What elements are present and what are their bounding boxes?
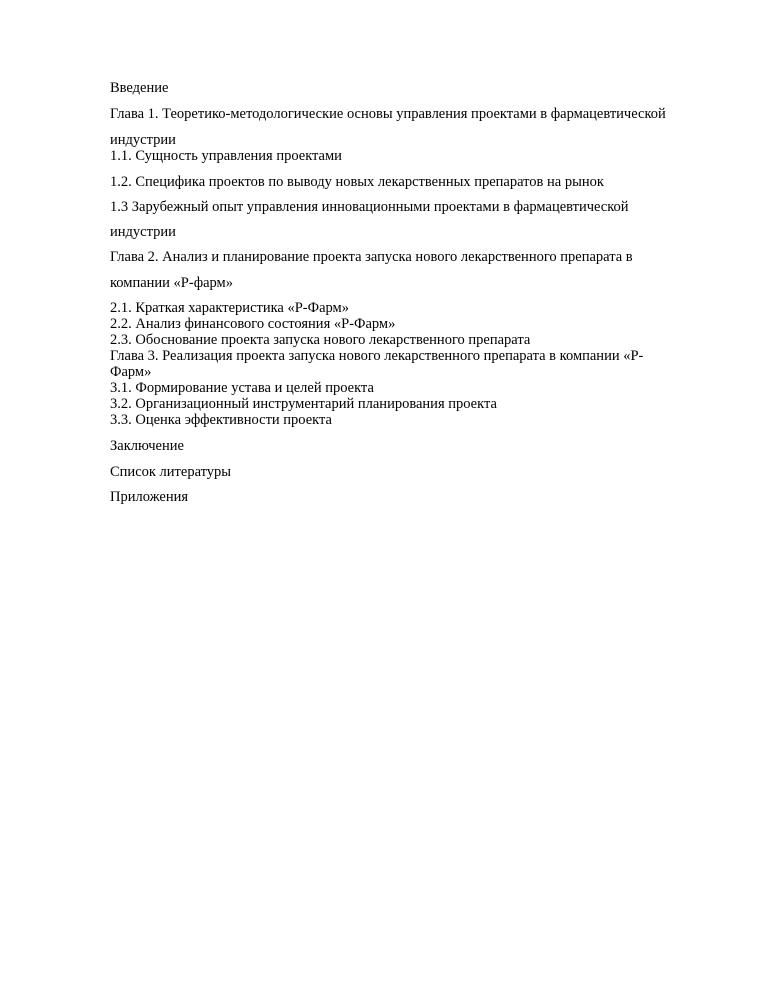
toc-references: Список литературы <box>110 464 231 480</box>
toc-section-2-2: 2.2. Анализ финансового состояния «Р-Фар… <box>110 316 395 332</box>
toc-conclusion: Заключение <box>110 438 184 454</box>
toc-section-1-3-line-2: индустрии <box>110 224 176 240</box>
toc-chapter-2-line-2: компании «Р-фарм» <box>110 275 233 291</box>
toc-introduction: Введение <box>110 80 168 96</box>
toc-section-2-1: 2.1. Краткая характеристика «Р-Фарм» <box>110 300 349 316</box>
toc-section-1-3-line-1: 1.3 Зарубежный опыт управления инновацио… <box>110 199 629 215</box>
toc-section-3-2: 3.2. Организационный инструментарий план… <box>110 396 497 412</box>
toc-section-2-3: 2.3. Обоснование проекта запуска нового … <box>110 332 530 348</box>
toc-appendices: Приложения <box>110 489 188 505</box>
toc-section-3-1: 3.1. Формирование устава и целей проекта <box>110 380 374 396</box>
toc-chapter-3-line-2: Фарм» <box>110 364 151 380</box>
toc-section-1-1: 1.1. Сущность управления проектами <box>110 148 342 164</box>
toc-section-1-2: 1.2. Специфика проектов по выводу новых … <box>110 174 604 190</box>
toc-section-3-3: 3.3. Оценка эффективности проекта <box>110 412 332 428</box>
toc-chapter-2-line-1: Глава 2. Анализ и планирование проекта з… <box>110 249 633 265</box>
document-page: Введение Глава 1. Теоретико-методологиче… <box>0 0 768 994</box>
toc-chapter-3-line-1: Глава 3. Реализация проекта запуска ново… <box>110 348 643 364</box>
toc-chapter-1-line-2: индустрии <box>110 132 176 148</box>
toc-chapter-1-line-1: Глава 1. Теоретико-методологические осно… <box>110 106 666 122</box>
